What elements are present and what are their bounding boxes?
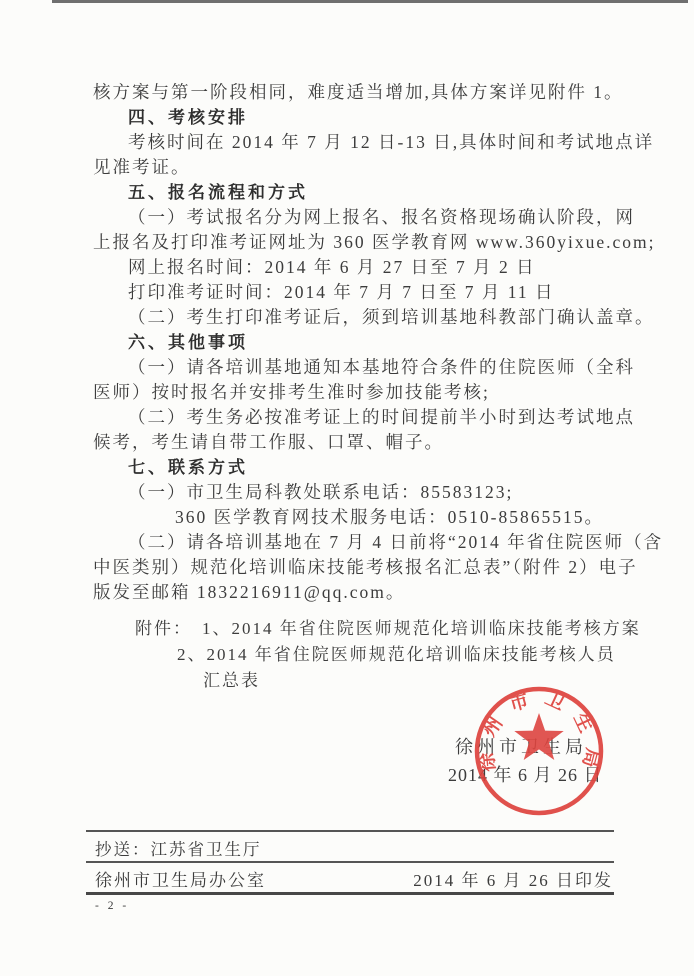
attachment-item-1: 1、2014 年省住院医师规范化培训临床技能考核方案 (202, 619, 641, 638)
body-line: 中医类别）规范化培训临床技能考核报名汇总表”（附件 2）电子 (93, 555, 621, 580)
section-heading-5: 五、报名流程和方式 (93, 180, 621, 205)
issuer-office: 徐州市卫生局办公室 (95, 866, 266, 891)
body-line: 考核时间在 2014 年 7 月 12 日-13 日,具体时间和考试地点详 (93, 130, 621, 155)
attachments-label: 附件： (135, 619, 192, 638)
body-line: 医师）按时报名并安排考生准时参加技能考核; (93, 380, 621, 405)
body-line: （一）市卫生局科教处联系电话：85583123; (93, 480, 621, 505)
body-line: 候考，考生请自带工作服、口罩、帽子。 (93, 430, 621, 455)
body-line: （二）请各培训基地在 7 月 4 日前将“2014 年省住院医师（含 (93, 530, 621, 555)
document-body: 核方案与第一阶段相同，难度适当增加,具体方案详见附件 1。 四、考核安排 考核时… (93, 80, 621, 605)
issuer-row: 徐州市卫生局办公室 2014 年 6 月 26 日印发 (95, 866, 613, 891)
body-line: （二）考生务必按准考证上的时间提前半小时到达考试地点 (93, 405, 621, 430)
body-line: （一）请各培训基地通知本基地符合条件的住院医师（全科 (93, 355, 621, 380)
seal-star-icon (514, 713, 563, 760)
body-line: 核方案与第一阶段相同，难度适当增加,具体方案详见附件 1。 (93, 80, 621, 105)
document-page: 核方案与第一阶段相同，难度适当增加,具体方案详见附件 1。 四、考核安排 考核时… (0, 0, 694, 976)
footer-divider-middle (86, 861, 614, 863)
official-seal: 徐州市卫生局 (471, 681, 609, 823)
body-line: 版发至邮箱 1832216911@qq.com。 (93, 580, 621, 605)
cc-line: 抄送：江苏省卫生厅 (95, 836, 262, 860)
page-number: - 2 - (95, 900, 129, 912)
section-heading-7: 七、联系方式 (93, 455, 621, 480)
body-line: 网上报名时间：2014 年 6 月 27 日至 7 月 2 日 (93, 255, 621, 280)
body-line: 见准考证。 (93, 155, 621, 180)
section-heading-4: 四、考核安排 (93, 105, 621, 130)
section-heading-6: 六、其他事项 (93, 330, 621, 355)
body-line: 打印准考证时间：2014 年 7 月 7 日至 7 月 11 日 (93, 280, 621, 305)
scan-artifact-top (52, 0, 688, 3)
body-line: （一）考试报名分为网上报名、报名资格现场确认阶段，网 (93, 205, 621, 230)
footer-divider-bottom (86, 892, 614, 895)
body-line: 360 医学教育网技术服务电话：0510-85865515。 (93, 505, 621, 530)
print-date: 2014 年 6 月 26 日印发 (413, 866, 613, 891)
attachment-line-1: 附件：1、2014 年省住院医师规范化培训临床技能考核方案 (135, 616, 641, 642)
body-line: 上报名及打印准考证网址为 360 医学教育网 www.360yixue.com; (93, 230, 621, 255)
footer-divider-top (86, 830, 614, 832)
body-line: （二）考生打印准考证后，须到培训基地科教部门确认盖章。 (93, 305, 621, 330)
attachment-item-2: 2、2014 年省住院医师规范化培训临床技能考核人员 (135, 642, 641, 668)
